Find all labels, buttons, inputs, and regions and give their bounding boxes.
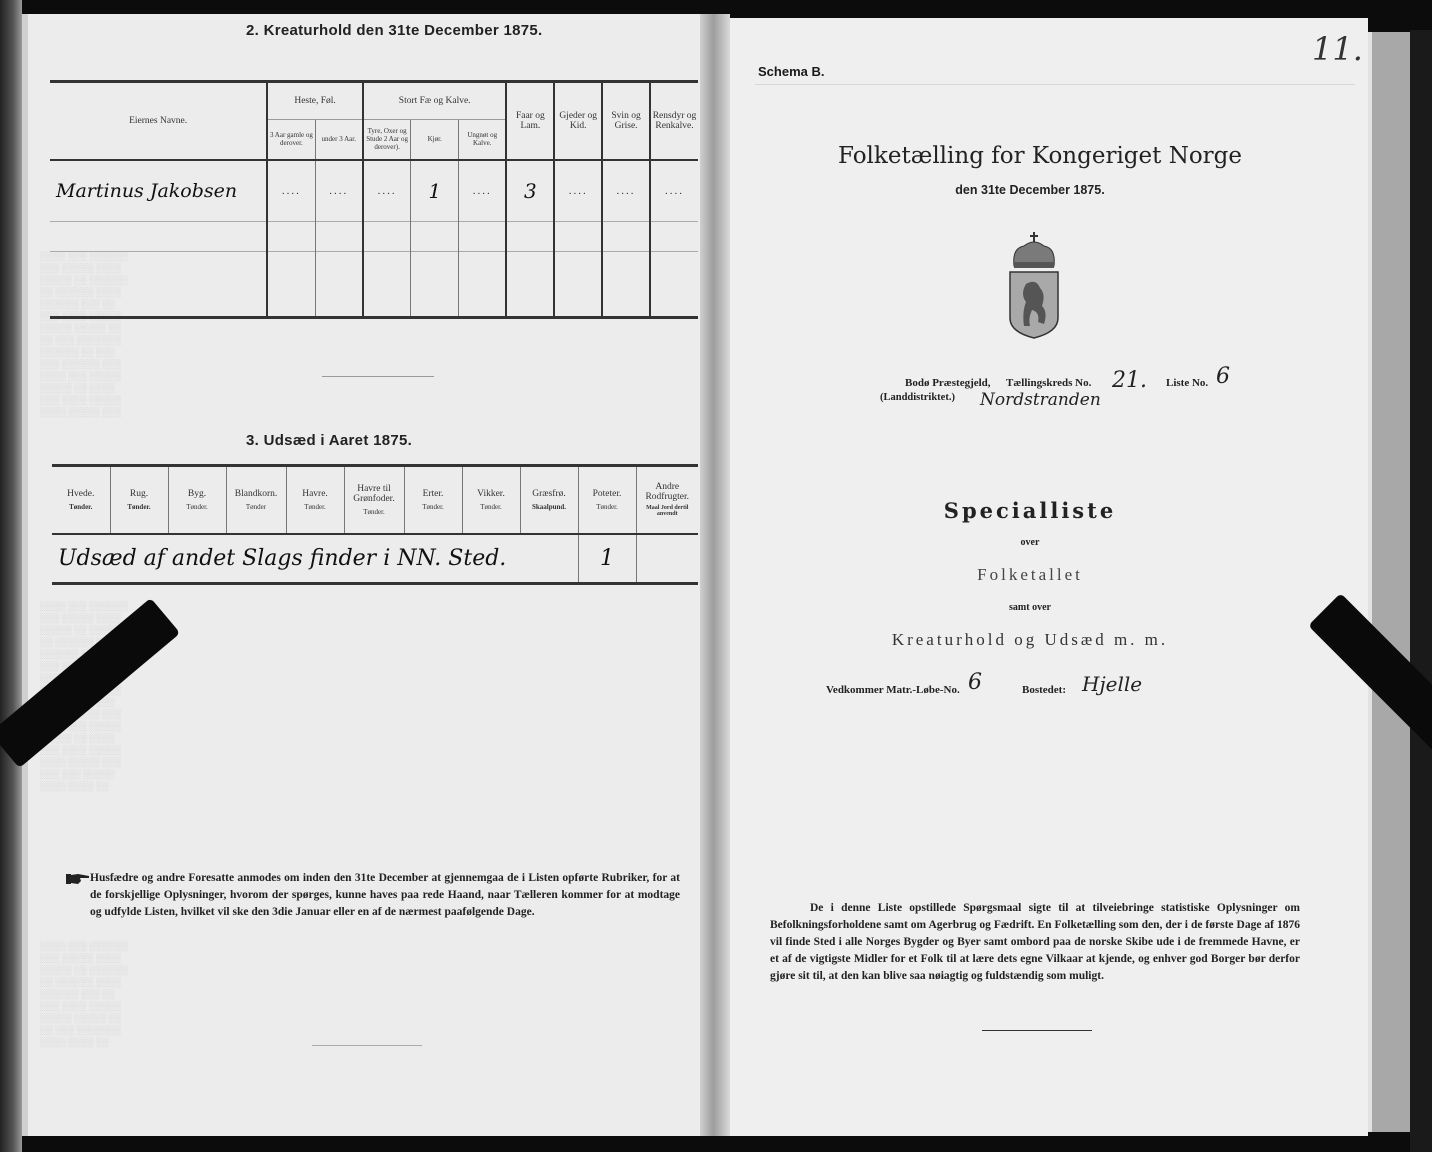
header-hvede: Hvede.Tønder. — [52, 466, 110, 534]
header-cattle-bulls: Tyre, Oxer og Stude 2 Aar og derover). — [363, 120, 411, 160]
left-binding — [0, 0, 22, 1152]
kreds-label: Tællingskreds No. — [1006, 377, 1091, 389]
owner-name: Martinus Jakobsen — [50, 160, 267, 222]
header-erter: Erter.Tønder. — [404, 466, 462, 534]
folketallet-title: Folketallet — [760, 565, 1300, 585]
header-sheep: Faar og Lam. — [506, 82, 554, 160]
header-horses-young: under 3 Aar. — [315, 120, 363, 160]
bosted-value: Hjelle — [1082, 672, 1142, 696]
book-gutter — [700, 14, 730, 1136]
livestock-table: Eiernes Navne. Heste, Føl. Stort Fæ og K… — [50, 80, 698, 319]
pointing-hand-icon — [66, 872, 90, 886]
table-row: Udsæd af andet Slags finder i NN. Sted. … — [52, 534, 698, 584]
kreaturhold-title: Kreaturhold og Udsæd m. m. — [760, 630, 1300, 650]
cell-poteter: 1 — [578, 534, 636, 584]
liste-label: Liste No. — [1166, 377, 1208, 389]
cell-goats: .... — [554, 160, 602, 222]
intro-paragraph: De i denne Liste opstillede Spørgsmaal s… — [770, 900, 1300, 985]
header-reindeer: Rensdyr og Renkalve. — [650, 82, 698, 160]
page-number: 11. — [1312, 30, 1363, 68]
header-horses: Heste, Føl. — [267, 82, 363, 120]
header-rug: Rug.Tønder. — [110, 466, 168, 534]
seed-handwritten-note: Udsæd af andet Slags finder i NN. Sted. — [52, 534, 578, 584]
closing-rule — [982, 1030, 1092, 1031]
table-row-empty — [50, 222, 698, 252]
landdistrikt-label: (Landdistriktet.) — [880, 392, 955, 403]
header-vikker: Vikker.Tønder. — [462, 466, 520, 534]
header-andre-rodfrugter: Andre Rodfrugter.Maal Jord dertil anvend… — [636, 466, 698, 534]
cell-cattle-cows: 1 — [411, 160, 459, 222]
matr-label: Vedkommer Matr.-Løbe-No. — [826, 684, 960, 696]
right-page-stack — [1368, 32, 1410, 1132]
header-cattle-young: Ungnøt og Kalve. — [459, 120, 507, 160]
prestegjeld-label: Bodø Præstegjeld, — [905, 377, 991, 389]
header-havre: Havre.Tønder. — [286, 466, 344, 534]
header-poteter: Poteter.Tønder. — [578, 466, 636, 534]
seed-section-title: 3. Udsæd i Aaret 1875. — [246, 432, 412, 449]
specialliste-title: Specialliste — [760, 498, 1300, 523]
coat-of-arms-icon — [1008, 232, 1060, 340]
seed-table: Hvede.Tønder. Rug.Tønder. Byg.Tønder. Bl… — [52, 464, 698, 585]
table-row: Martinus Jakobsen .... .... .... 1 .... … — [50, 160, 698, 222]
matr-number: 6 — [968, 670, 982, 695]
header-rule — [755, 84, 1355, 85]
liste-number: 6 — [1216, 364, 1230, 389]
over-label: over — [760, 537, 1300, 548]
header-cattle: Stort Fæ og Kalve. — [363, 82, 507, 120]
cell-cattle-bulls: .... — [363, 160, 411, 222]
table-row-empty — [50, 252, 698, 318]
header-blandkorn: Blandkorn.Tønder — [226, 466, 286, 534]
cell-cattle-young: .... — [459, 160, 507, 222]
header-owner: Eiernes Navne. — [50, 82, 267, 160]
cell-horses-young: .... — [315, 160, 363, 222]
left-page-edge — [22, 14, 28, 1136]
divider-rule — [322, 376, 434, 377]
header-byg: Byg.Tønder. — [168, 466, 226, 534]
header-cattle-cows: Kjør. — [411, 120, 459, 160]
bosted-label: Bostedet: — [1022, 684, 1066, 696]
census-date: den 31te December 1875. — [760, 183, 1300, 197]
livestock-section-title: 2. Kreaturhold den 31te December 1875. — [246, 22, 543, 39]
schema-label: Schema B. — [758, 64, 824, 79]
bleed-through-text: ░░░░ ░░░ ░░░░░░░░░ ░░░░░ ░░░░░░░░░ ░░ ░░… — [40, 940, 160, 1048]
right-binding — [1410, 30, 1432, 1152]
samt-over-label: samt over — [760, 602, 1300, 613]
cell-sheep: 3 — [506, 160, 554, 222]
header-goats: Gjeder og Kid. — [554, 82, 602, 160]
header-horses-old: 3 Aar gamle og derover. — [267, 120, 315, 160]
header-havre-gronfoder: Havre til Grønfoder.Tønder. — [344, 466, 404, 534]
cell-pigs: .... — [602, 160, 650, 222]
cell-horses-old: .... — [267, 160, 315, 222]
divider-rule — [312, 1045, 422, 1046]
kreds-name: Nordstranden — [980, 390, 1101, 410]
header-pigs: Svin og Grise. — [602, 82, 650, 160]
header-graesfro: Græsfrø.Skaalpund. — [520, 466, 578, 534]
kreds-number: 21. — [1112, 368, 1147, 393]
census-title: Folketælling for Kongeriget Norge — [760, 143, 1320, 169]
cell-andre-rodfrugter — [636, 534, 698, 584]
cell-reindeer: .... — [650, 160, 698, 222]
notice-text: Husfædre og andre Foresatte anmodes om i… — [90, 870, 680, 921]
